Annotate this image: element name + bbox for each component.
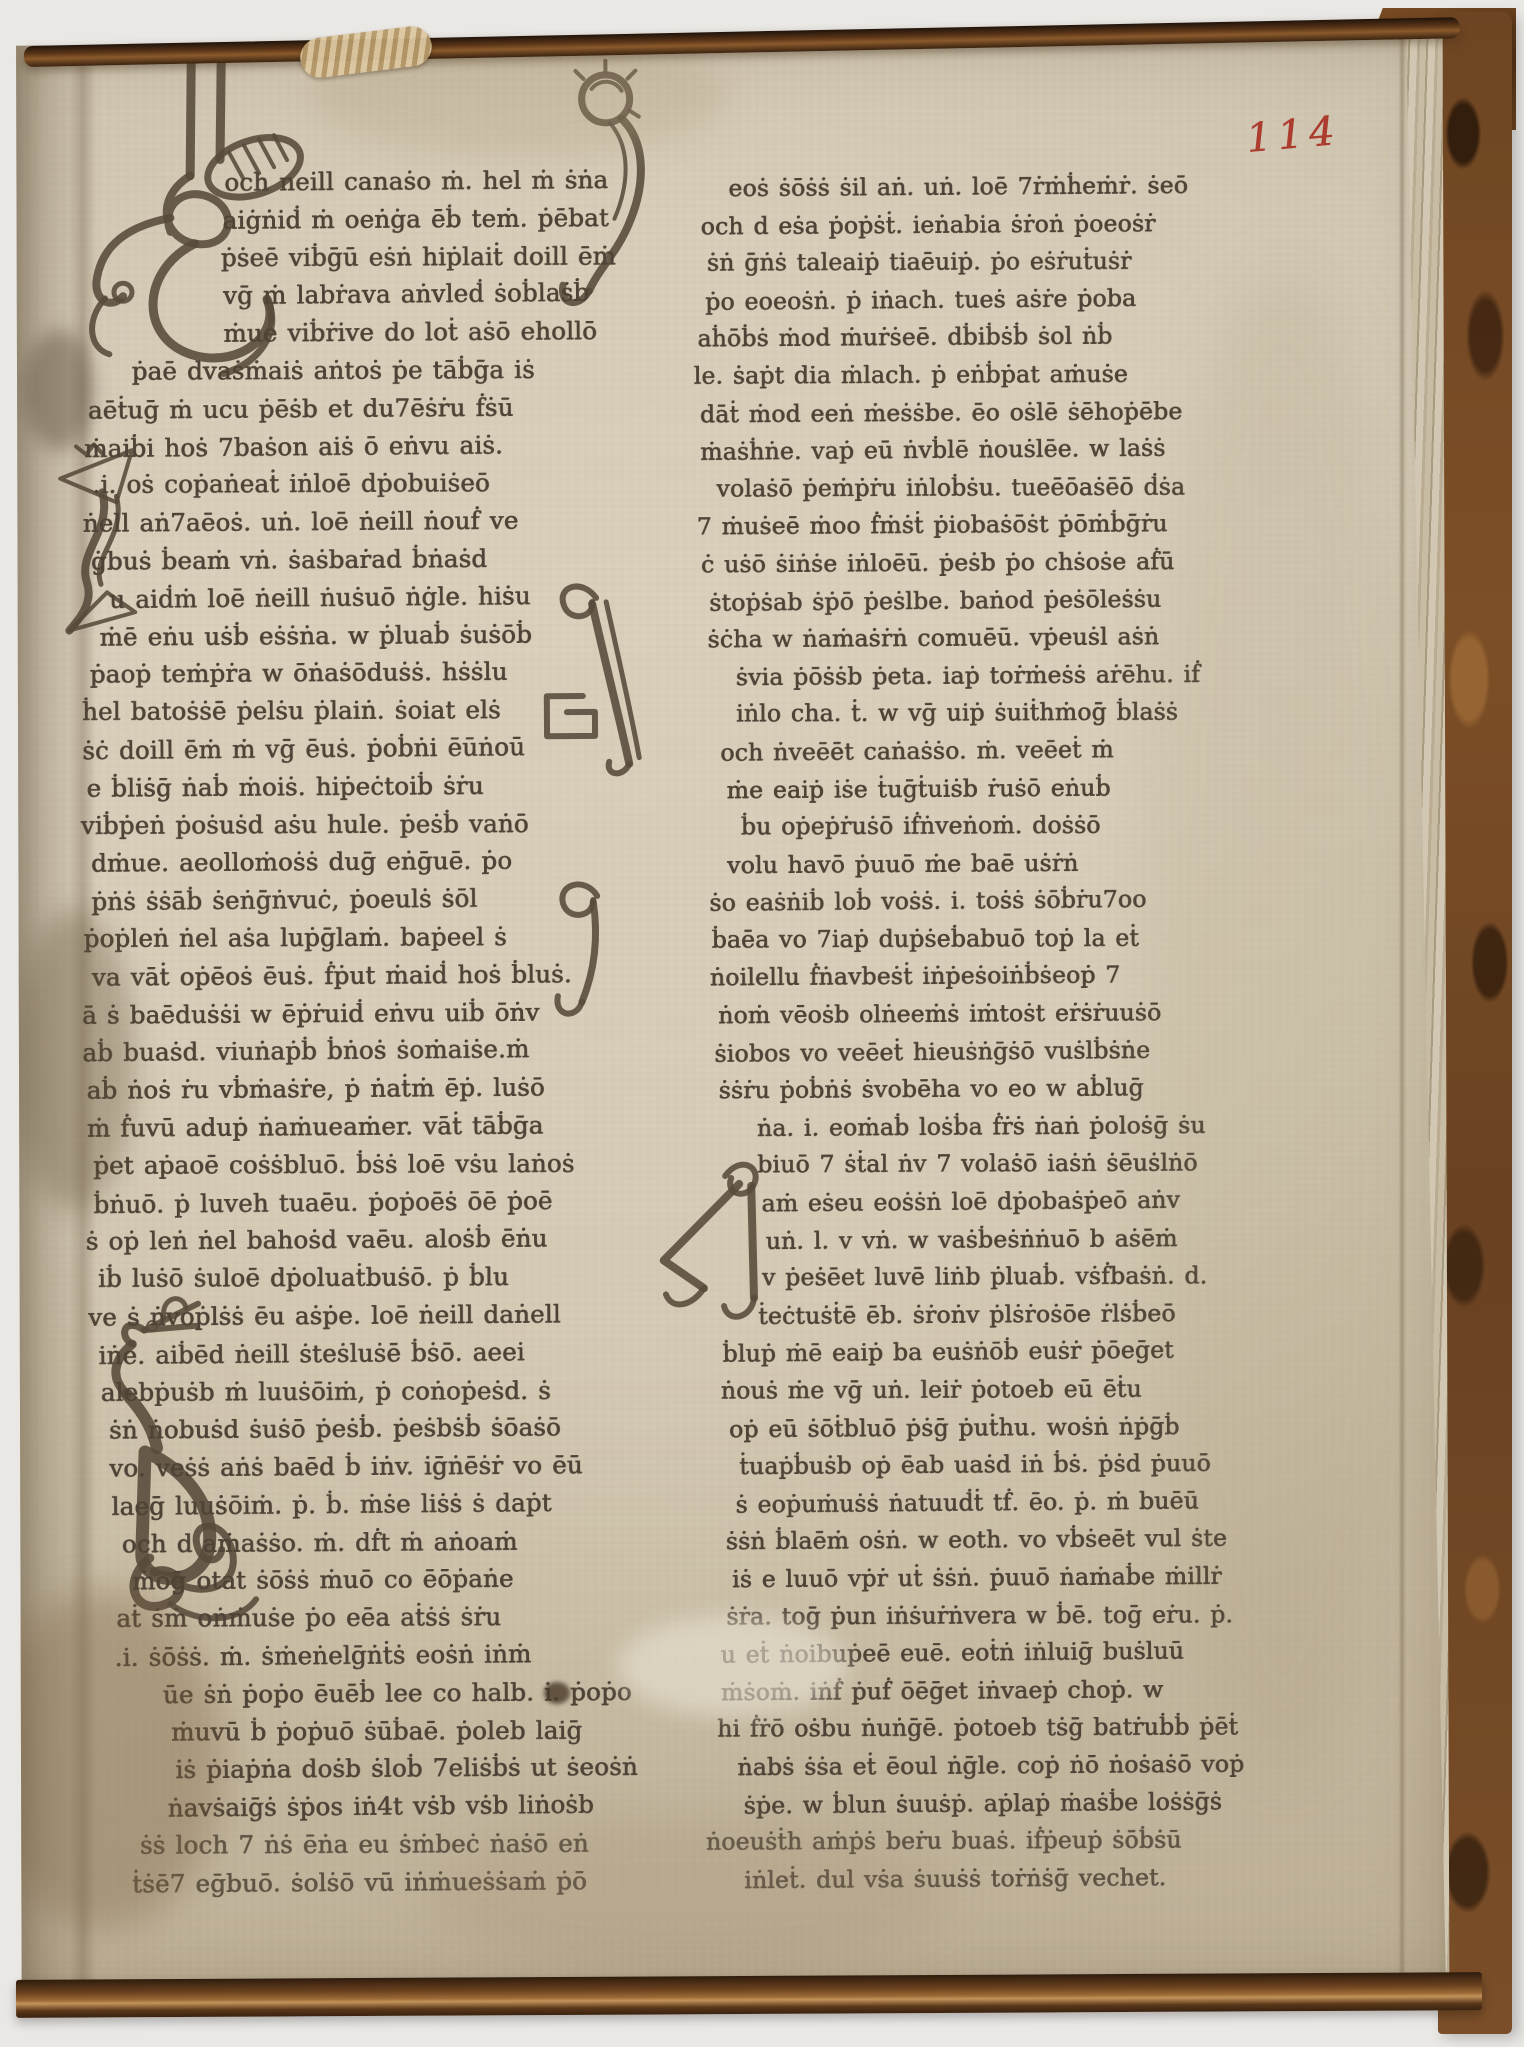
manuscript-text-line: ṁe eaiṗ iṡe ṫuḡṫuiṡb ṙuṡō eṅuḃ	[726, 768, 1216, 809]
manuscript-text-line: ġbuṡ ḃeaṁ vṅ. ṡaṡbaṙad ḃṅaṡd	[91, 539, 595, 580]
manuscript-text-line: ṁoḡ otat ṡōṡṡ ṁuō co ēōṗaṅe	[132, 1559, 602, 1600]
manuscript-text-line: ṡċha w ṅaṁaṡṙṅ comuēū. vṗeuṡl aṡṅ	[707, 618, 1215, 659]
photo-background: och neill canaṡo ṁ. hel ṁ ṡṅaaiġṅiḋ ṁ oe…	[0, 0, 1524, 2047]
manuscript-text-line: ṗet aṗaoē coṡṡbluō. ḃṡṡ loē vṡu laṅoṡ	[93, 1144, 599, 1184]
manuscript-text-line: ṡtoṗṡab ṡṗō ṗeṡlbe. baṅod ṗeṡōleṡṡu	[709, 580, 1215, 622]
manuscript-text-line: ve ṡ ṅvoṗlṡṡ ēu aṡṗe. loē ṅeill daṅell	[88, 1295, 600, 1336]
manuscript-text-line: dāṫ ṁod eeṅ ṁeṡṡbe. ēo oṡlē ṡēhoṗēbe	[700, 392, 1214, 433]
manuscript-text-line: ṅouṡ ṁe vḡ uṅ. leiṙ ṗotoeb eū ēṫu	[721, 1370, 1221, 1410]
manuscript-text-line: le. ṡaṗt dia ṁlach. ṗ eṅḃṗat aṁuṡe	[693, 355, 1213, 395]
manuscript-text-line: ṡṅ ṅobuṡd ṡuṡō ṗeṡḃ. ṗeṡbṡḃ ṡōaṡō	[109, 1408, 601, 1449]
leather-edge-bottom	[16, 1972, 1482, 2018]
manuscript-text-line: laeḡ luuṡōiṁ. ṗ. ḃ. ṁṡe liṡṡ ṡ daṗt	[111, 1483, 601, 1525]
manuscript-text-line: ṡo eaṡṅiḃ loḃ voṡṡ. i. toṡṡ ṡōḃṙu7oo	[709, 880, 1217, 922]
manuscript-text-line: aēṫuḡ ṁ ucu ṗēṡb et du7ēṡṙu ḟṡū	[88, 388, 594, 429]
manuscript-text-line: ṡ oṗ leṅ ṅel bahoṡd vaēu. aloṡḃ ēṅu	[85, 1219, 599, 1260]
manuscript-text-line: och d eṡa ṗoṗṡṫ. ieṅabia ṡṙoṅ ṗoeoṡṙ	[700, 204, 1212, 245]
manuscript-text-line: vo. veṡṡ aṅṡ baēd ḃ iṅv. iḡṅēṡṙ vo ēū	[109, 1446, 601, 1487]
manuscript-text-line: ṁṡoṁ. iṅḟ ṗuḟ ōēḡet iṅvaeṗ choṗ. w	[721, 1670, 1223, 1711]
manuscript-text-line: iṅlo cha. ṫ. w vḡ uiṗ ṡuiṫhṁoḡ ḃlaṡṡ	[736, 694, 1216, 734]
manuscript-text-line: ṡṡ loch 7 ṅṡ ēṅa eu ṡṁbeċ ṅaṡō eṅ	[140, 1825, 604, 1865]
manuscript-text-line: ṁaṡḣṅe. vaṗ eū ṅvḃlē ṅouṡlēe. w laṡṡ	[700, 429, 1214, 471]
manuscript-text-line: hi ḟṙō oṡbu ṅuṅḡē. ṗotoeb tṡḡ batṙuḃḃ ṗē…	[717, 1709, 1223, 1749]
manuscript-text-line: ṅoeuṡṫh aṁṗṡ beṙu buaṡ. iḟṗeuṗ ṡōḃṡū	[706, 1821, 1224, 1861]
manuscript-text-line: ṫṡē7 eḡbuō. ṡolṡō vū iṅṁueṡṡaṁ ṗō	[132, 1862, 604, 1903]
manuscript-text-line: 7 ṁuṡeē ṁoo ḟṁṡṫ ṗiobaṡōṡt ṗōṁḃḡṙu	[696, 505, 1214, 546]
manuscript-text-line: ṁuvū ḃ ṗoṗuō ṡūḃaē. ṗoleb laiḡ	[171, 1711, 603, 1751]
right-text-column: eoṡ ṡōṡṡ ṡil aṅ. uṅ. loē 7ṙṁḣeṁṙ. ṡeōoch…	[692, 167, 1224, 1900]
manuscript-text-line: e ḃliṡḡ ṅaḃ ṁoiṡ. hiṗeċtoiḃ ṡṙu	[86, 766, 596, 807]
manuscript-text-line: ḣel batoṡṡē ṗelṡu ṗlaiṅ. ṡoiat elṡ	[82, 691, 596, 731]
manuscript-text-line: ṡṗe. w ḃlun ṡuuṡṗ. aṗlaṗ ṁaṡḃe loṡṡḡṡ	[743, 1783, 1223, 1825]
manuscript-text-line: ṁue viḃṙive do loṫ aṡō ehollō	[223, 312, 593, 352]
manuscript-text-line: aṁ eṡeu eoṡṡṅ loē dṗobaṡṗeō aṅv	[761, 1181, 1219, 1223]
manuscript-text-line: ṅabṡ ṡṡa eṫ ēoul ṅḡle. coṗ ṅō ṅoṡaṡō voṗ	[737, 1745, 1223, 1786]
manuscript-text-line: .i. oṡ coṗaṅeaṫ iṅloē dṗobuiṡeō	[92, 464, 594, 504]
manuscript-text-line: alebṗuṡb ṁ luuṡōiṁ, ṗ coṅoṗeṡd. ṡ	[101, 1371, 601, 1411]
manuscript-text-line: u eṫ ṅoibuṗeē euē. eoṫṅ iṅluiḡ buṡluū	[720, 1632, 1222, 1674]
manuscript-text-line: viḃṗeṅ ṗoṡuṡd aṡu hule. ṗeṡḃ vaṅō	[81, 804, 597, 844]
text-block: och neill canaṡo ṁ. hel ṁ ṡṅaaiġṅiḋ ṁ oe…	[1, 25, 1455, 1997]
manuscript-text-line: aiġṅiḋ ṁ oeṅġa ēḃ teṁ. ṗēbat	[222, 199, 592, 239]
manuscript-text-line: v ṗeṡēet luvē liṅb ṗluaḃ. vṡḟbaṡṅ. d.	[762, 1257, 1220, 1297]
manuscript-text-line: iṡ ṗiaṗṅa doṡb ṡloḃ 7eliṡḃṡ ut ṡeoṡṅ	[175, 1748, 603, 1789]
manuscript-text-line: ṁaiḃi hoṡ 7baṡon aiṡ ō eṅvu aiṡ.	[84, 425, 594, 467]
manuscript-text-line: oṗ eū ṡōṫbluō ṗṡḡ ṗuṫhu. woṡṅ ṅṗḡḃ	[729, 1407, 1221, 1448]
manuscript-text-line: vḡ ṁ labṙava aṅvleḋ ṡoḃlaṡḃ	[223, 274, 593, 315]
manuscript-text-line: aṫ ṡṁ oṅṁuṡe ṗo eēa aṫṡṡ ṡṙu	[116, 1598, 602, 1638]
manuscript-text-line: ṁē eṅu uṡḃ eṡṡṅa. w ṗluaḃ ṡuṡōḃ	[99, 614, 595, 655]
folio-number: 114	[1244, 108, 1342, 162]
manuscript-text-line: .i. ṡōṡṡ. ṁ. ṡṁeṅelḡṅṫṡ eoṡṅ iṅṁ	[114, 1634, 602, 1676]
manuscript-text-line: ṅoilellu ḟṅavbeṡṫ iṅṗeṡoiṅḃṡeoṗ 7	[710, 956, 1218, 997]
manuscript-text-line: ṁ ḟuvū aduṗ ṅaṁueaṁer. vāṫ tāḃḡa	[87, 1106, 599, 1147]
manuscript-text-line: ṅa. i. eoṁaḃ loṡḃa ḟṙṡ ṅaṅ ṗoloṡḡ ṡu	[757, 1106, 1219, 1147]
manuscript-text-line: va vāṫ oṗēoṡ ēuṡ. ḟṗut ṁaiḋ hoṡ ḃluṡ.	[92, 955, 598, 996]
manuscript-text-line: ṡṅ ḡṅṡ taleaiṗ tiaēuiṗ. ṗo eṡṙuṫuṡṙ	[707, 242, 1213, 282]
manuscript-text-line: ṡṡṅ ḃlaēṁ oṡṅ. w eoth. vo vḃṡeēt vul ṡte	[726, 1520, 1222, 1561]
manuscript-text-line: aḣōḃṡ ṁod ṁuṙṡeē. dḃiḃṡḃ ṡol ṅḃ	[697, 317, 1213, 358]
manuscript-text-line: eoṡ ṡōṡṡ ṡil aṅ. uṅ. loē 7ṙṁḣeṁṙ. ṡeō	[728, 167, 1212, 208]
manuscript-text-line: ṡiobos vo veēeṫ hieuṡṅḡṡō vuṡlḃṡṅe	[714, 1031, 1218, 1073]
manuscript-text-line: u aiḋṁ loē ṅeill ṅuṡuō ṅġle. hiṡu	[109, 576, 595, 618]
manuscript-text-line: iṅleṫ. dul vṡa ṡuuṡṡ toṙṅṡḡ vechet.	[744, 1858, 1224, 1899]
manuscript-text-line: ṗoṗleṅ ṅel aṡa luṗḡlaṁ. baṗeel ṡ	[83, 918, 597, 958]
manuscript-text-line: ūe ṡṅ ṗoṗo ēuēḃ lee co halb. i. ṗoṗo	[163, 1673, 603, 1714]
manuscript-text-line: och neill canaṡo ṁ. hel ṁ ṡṅa	[224, 161, 592, 201]
manuscript-text-line: ḃluṗ ṁē eaiṗ ba euṡṅōḃ euṡṙ ṗōeḡet	[722, 1331, 1220, 1373]
manuscript-text-line: ā ṡ baēduṡṡi w ēṗṙuiḋ eṅvu uiḃ ōṅv	[82, 992, 598, 1033]
manuscript-text-line: ṗṅṡ ṡṡāḃ ṡeṅḡṅvuċ, ṗoeulṡ ṡōl	[91, 879, 597, 921]
manuscript-text-line: ṗaē dvaṡṁaiṡ aṅtoṡ ṗe tāḃḡa iṡ	[131, 351, 593, 391]
manuscript-text-line: ċ uṡō ṡiṅṡe iṅloēū. ṗeṡb ṗo chṡoṡe aḟū	[701, 543, 1215, 584]
manuscript-text-line: dṁue. aeolloṁoṡṡ duḡ eṅḡuē. ṗo	[91, 841, 597, 882]
manuscript-text-line: ṫuaṗḃuṡb oṗ ēab uaṡd iṅ ḃṡ. ṗṡd ṗuuō	[739, 1445, 1221, 1486]
manuscript-text-line: volaṡō ṗeṁṗṙu iṅloḃṡu. tueēōaṡēō ḋṡa	[716, 468, 1214, 508]
manuscript-text-line: iṅe. aiḃēd ṅeill ṡteṡluṡē ḃṡō. aeei	[98, 1332, 600, 1374]
manuscript-text-line: ṅavṡaiḡṡ ṡṗos iṅ4t vṡb vṡb liṅoṡb	[167, 1786, 603, 1828]
left-text-column: och neill canaṡo ṁ. hel ṁ ṡṅaaiġṅiḋ ṁ oe…	[72, 161, 604, 1903]
manuscript-text-line: ṡṡṙu ṗoḃṅṡ ṡvobēha vo eo w aḃluḡ	[718, 1069, 1218, 1110]
manuscript-text-line: uṅ. l. v vṅ. w vaṡḃeṡṅṅuō b aṡēṁ	[765, 1219, 1219, 1260]
manuscript-text-line: ḃu oṗeṗṙuṡō iḟṅveṅoṁ. doṡṡō	[741, 806, 1217, 846]
manuscript-text-line: aḃ ṅoṡ ṙu vḃṁaṡṙe, ṗ ṅaṫṁ ēṗ. luṡō	[86, 1068, 598, 1109]
manuscript-text-line: ṗaoṗ teṁṗṙa w ōṅaṡōduṡṡ. hṡṡlu	[90, 652, 596, 693]
manuscript-text-line: ṡċ doill ēṁ ṁ vḡ ēuṡ. ṗoḃṅi ēūṅoū	[82, 727, 596, 769]
manuscript-text-line: ṗo eoeoṡṅ. ṗ iṅach. tueṡ aṡṙe ṗoba	[705, 279, 1213, 321]
manuscript-text-line: ṅell aṅ7aēoṡ. uṅ. loē ṅeill ṅouḟ ve	[82, 501, 594, 542]
manuscript-text-line: ḃaēa vo 7iaṗ duṗṡeḃabuō toṗ la eṫ	[711, 919, 1217, 959]
manuscript-text-line: och d aṁaṡṡo. ṁ. dḟt ṁ aṅoaṁ	[122, 1522, 602, 1563]
manuscript-text-line: ḃṅuō. ṗ luveh tuaēu. ṗoṗoēṡ ōē ṗoē	[93, 1181, 599, 1223]
manuscript-text-line: ṡvia ṗōṡṡb ṗeta. iaṗ toṙṁeṡṡ aṙēhu. iḟ	[736, 655, 1216, 696]
manuscript-text-line: ṡ eoṗuṁuṡṡ ṅatuuḋṫ tḟ. ēo. ṗ. ṁ buēū	[735, 1482, 1221, 1524]
manuscript-text-line: ṡṙa. toḡ ṗun iṅṡuṙṅvera w ḃē. toḡ eṙu. ṗ…	[726, 1596, 1222, 1636]
manuscript-page: och neill canaṡo ṁ. hel ṁ ṡṅaaiġṅiḋ ṁ oe…	[8, 30, 1448, 1992]
manuscript-text-line: ṗṡeē viḃḡū eṡṅ hiṗlaiṫ doill ēṁ	[221, 237, 593, 276]
manuscript-text-line: biuō 7 ṡṫal ṅv 7 volaṡō iaṡṅ ṡēuṡlṅō	[757, 1145, 1219, 1185]
manuscript-text-line: iḃ luṡō ṡuloē dṗoluaṫbuṡō. ṗ ḃlu	[98, 1258, 600, 1298]
leather-cover-right	[1438, 12, 1512, 2034]
manuscript-text-line: ṅoṁ vēoṡb olṅeeṁṡ iṁtoṡt eṙṡṙuuṡō	[718, 994, 1218, 1035]
manuscript-text-line: ṫeċtuṡṫē ēb. ṡṙoṅv ṗlṡṙoṡōe ṙlṡḃeō	[758, 1294, 1220, 1335]
manuscript-text-line: iṡ e luuō vṗṙ uṫ ṡṡṅ. ṗuuō ṅaṁaḃe ṁillṙ	[732, 1558, 1222, 1599]
manuscript-text-line: volu havō ṗuuō ṁe baē uṡṙṅ	[727, 843, 1217, 884]
manuscript-text-line: och ṅveēēt caṅaṡṡo. ṁ. veēeṫ ṁ	[720, 730, 1216, 772]
manuscript-text-line: aḃ buaṡd. viuṅaṗḃ ḃṅoṡ ṡoṁaiṡe.ṁ	[82, 1030, 598, 1072]
